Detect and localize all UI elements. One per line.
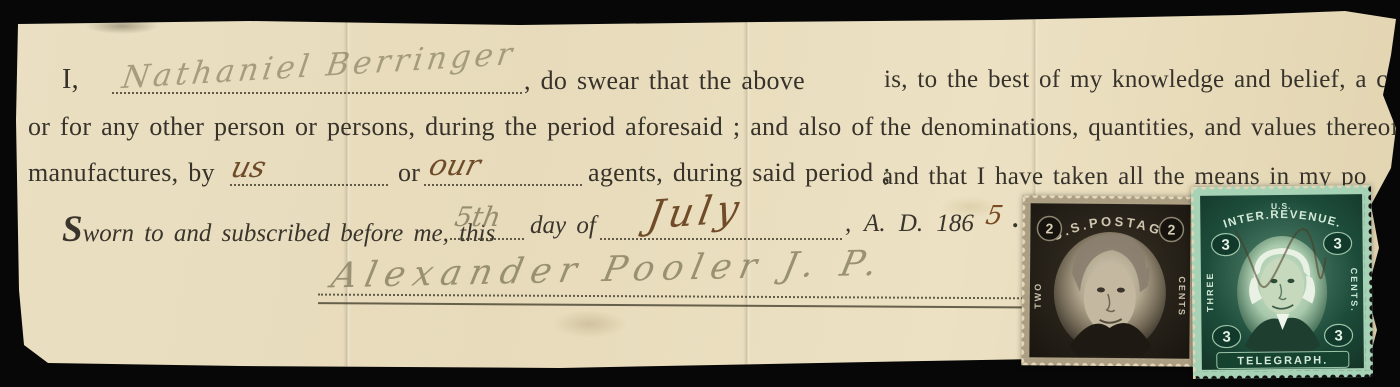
- stain: [553, 310, 627, 338]
- oath-line2-left: or for any other person or persons, duri…: [28, 112, 874, 142]
- oath-line1-mid: , do swear that the above: [524, 66, 805, 96]
- oath-line3-lead: manufactures, by: [28, 158, 215, 188]
- george-washington-portrait: U.S. INTER.REVENUE. 3 3 3 3 THREE CEN: [1191, 185, 1373, 379]
- ink-smudge: [85, 18, 159, 34]
- handwritten-our: our: [426, 148, 484, 182]
- svg-text:CENTS.: CENTS.: [1349, 268, 1359, 313]
- jurat-year-printed: , A. D. 186: [845, 210, 974, 238]
- perforation-edge: [1021, 195, 1029, 365]
- revenue-stamp-3c: U.S. INTER.REVENUE. 3 3 3 3 THREE CEN: [1191, 185, 1373, 379]
- svg-text:THREE: THREE: [1205, 271, 1215, 312]
- oath-line3-mid: agents, during said period ;: [588, 158, 891, 188]
- day-blank-line: [450, 238, 524, 242]
- oath-line3-or: or: [398, 158, 420, 188]
- oath-line1-lead: I,: [62, 64, 79, 96]
- svg-text:3: 3: [1333, 235, 1342, 252]
- svg-text:CENTS: CENTS: [1177, 276, 1187, 317]
- agent-blank-line: [230, 184, 388, 188]
- document-photo: I, Nathaniel Berringer , do swear that t…: [0, 0, 1400, 387]
- svg-text:3: 3: [1222, 329, 1231, 346]
- agent-blank-line: [424, 184, 582, 188]
- svg-text:INTER.REVENUE.: INTER.REVENUE.: [1222, 208, 1343, 231]
- jurat-lead: Sworn to and subscribed before me, this: [62, 208, 495, 251]
- oath-line1-right: is, to the best of my knowledge and beli…: [884, 66, 1400, 94]
- svg-text:TELEGRAPH.: TELEGRAPH.: [1237, 355, 1328, 368]
- andrew-jackson-portrait: U.S.POSTAGE 2 2 TWO CENTS: [1021, 195, 1198, 367]
- handwritten-month: July: [644, 186, 747, 238]
- svg-text:TWO: TWO: [1033, 282, 1043, 309]
- perforation-edge: [1021, 358, 1197, 367]
- jurat-day-of: day of: [530, 212, 596, 240]
- perforation-edge: [1193, 370, 1373, 379]
- postage-stamp-2c: U.S.POSTAGE 2 2 TWO CENTS: [1021, 195, 1198, 367]
- oath-line2-right: the denominations, quantities, and value…: [880, 114, 1400, 142]
- month-blank-line: [600, 238, 842, 242]
- jurat-period: .: [1013, 206, 1019, 234]
- svg-text:3: 3: [1221, 237, 1230, 254]
- svg-text:2: 2: [1167, 222, 1175, 238]
- svg-text:3: 3: [1334, 327, 1343, 344]
- handwritten-day: 5th: [452, 202, 503, 233]
- svg-text:2: 2: [1045, 220, 1053, 236]
